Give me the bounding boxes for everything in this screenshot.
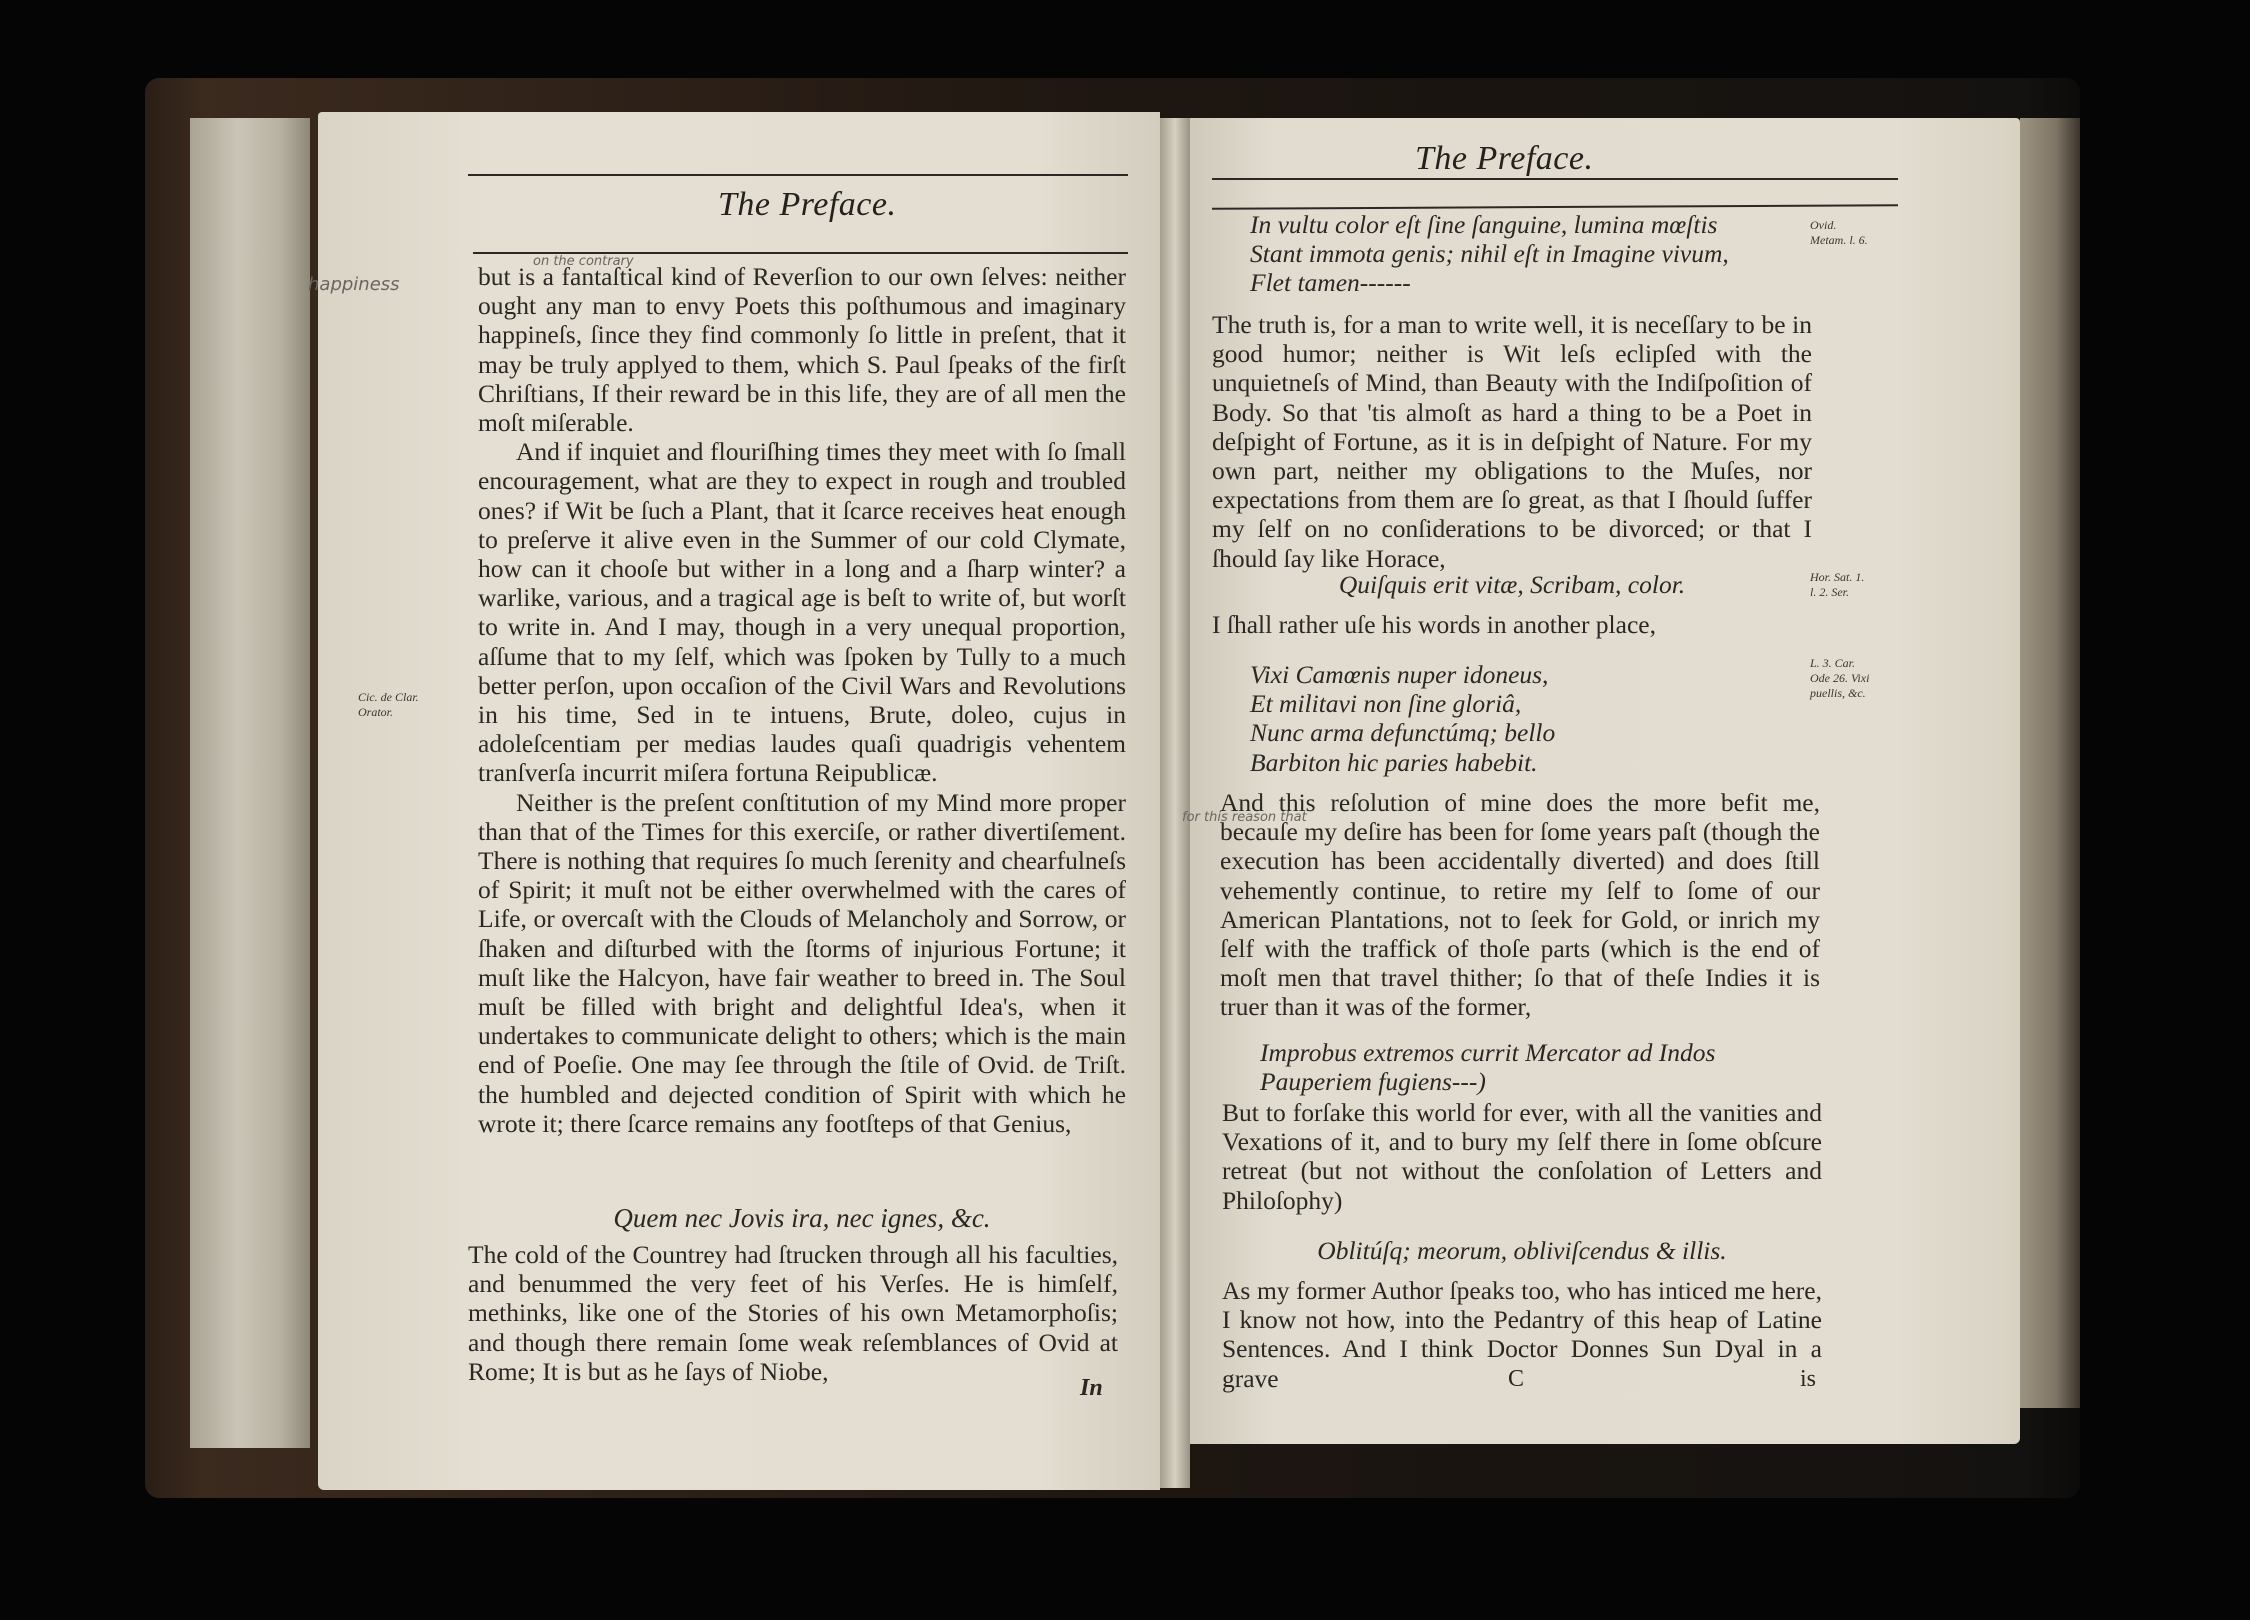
running-head: The Preface. (718, 186, 896, 224)
paragraph: I ſhall rather uſe his words in another … (1212, 610, 1812, 639)
verse-line: Improbus extremos currit Mercator ad Ind… (1260, 1038, 1760, 1067)
paragraph: but is a fantaſtical kind of Reverſion t… (478, 262, 1126, 437)
right-page-stack (2020, 118, 2080, 1408)
handwritten-margin-annotation: happiness (308, 274, 400, 295)
right-page: The Preface. In vultu color eſt ſine ſan… (1190, 118, 2020, 1444)
signature-mark: C (1508, 1366, 1524, 1393)
paragraph: But to forſake this world for ever, with… (1222, 1098, 1822, 1215)
verse-horace-farewell: Oblitúſq; meorum, obliviſcendus & illis. (1222, 1236, 1822, 1265)
verse-horace-ode: Vixi Camœnis nuper idoneus, Et militavi … (1250, 660, 1750, 777)
verse-line: In vultu color eſt ſine ſanguine, lumina… (1250, 210, 1810, 239)
verse-line: Nunc arma defunctúmq; bello (1250, 718, 1750, 747)
verse-line: Et militavi non ſine gloriâ, (1250, 689, 1750, 718)
verse-ovid: In vultu color eſt ſine ſanguine, lumina… (1250, 210, 1810, 298)
margin-citation: L. 3. Car. Ode 26. Vixi puellis, &c. (1810, 656, 1870, 701)
left-page-stack (190, 118, 310, 1448)
margin-citation: Cic. de Clar. Orator. (358, 690, 433, 720)
body-text-block-2: I ſhall rather uſe his words in another … (1212, 610, 1812, 639)
body-text-block-4: But to forſake this world for ever, with… (1222, 1098, 1822, 1215)
running-head: The Preface. (1415, 140, 1593, 178)
verse-horace: Quiſquis erit vitæ, Scribam, color. (1212, 570, 1812, 599)
body-text-block-1: but is a fantaſtical kind of Reverſion t… (478, 262, 1126, 1138)
paragraph: And this reſolution of mine does the mor… (1220, 788, 1820, 1022)
verse-line: Stant immota genis; nihil eſt in Imagine… (1250, 239, 1810, 268)
body-text-block-2: The cold of the Countrey had ſtrucken th… (468, 1240, 1118, 1386)
verse-horace-epistle: Improbus extremos currit Mercator ad Ind… (1260, 1038, 1760, 1096)
quotation: Quem nec Jovis ira, nec ignes, &c. (478, 1204, 1126, 1233)
left-page: The Preface. on the contrary happiness b… (318, 112, 1160, 1490)
verse-line: Pauperiem fugiens---) (1260, 1067, 1760, 1096)
margin-citation: Ovid. Metam. l. 6. (1810, 218, 1870, 248)
paragraph: Neither is the preſent conſtitution of m… (478, 788, 1126, 1138)
verse-line: Barbiton hic paries habebit. (1250, 748, 1750, 777)
catchword: is (1800, 1366, 1816, 1393)
paragraph: And if inquiet and flouriſhing times the… (478, 437, 1126, 787)
header-rule-bottom (1212, 204, 1898, 210)
body-text-block-1: The truth is, for a man to write well, i… (1212, 310, 1812, 573)
catchword: In (1080, 1375, 1103, 1402)
book-gutter (1160, 118, 1190, 1488)
body-text-block-3: And this reſolution of mine does the mor… (1220, 788, 1820, 1022)
header-rule-top (468, 174, 1128, 176)
paragraph: The cold of the Countrey had ſtrucken th… (468, 1240, 1118, 1386)
verse-line: Flet tamen------ (1250, 268, 1810, 297)
header-rule-top (1212, 178, 1898, 180)
verse-line: Vixi Camœnis nuper idoneus, (1250, 660, 1750, 689)
margin-citation: Hor. Sat. 1. l. 2. Ser. (1810, 570, 1870, 600)
paragraph: The truth is, for a man to write well, i… (1212, 310, 1812, 573)
